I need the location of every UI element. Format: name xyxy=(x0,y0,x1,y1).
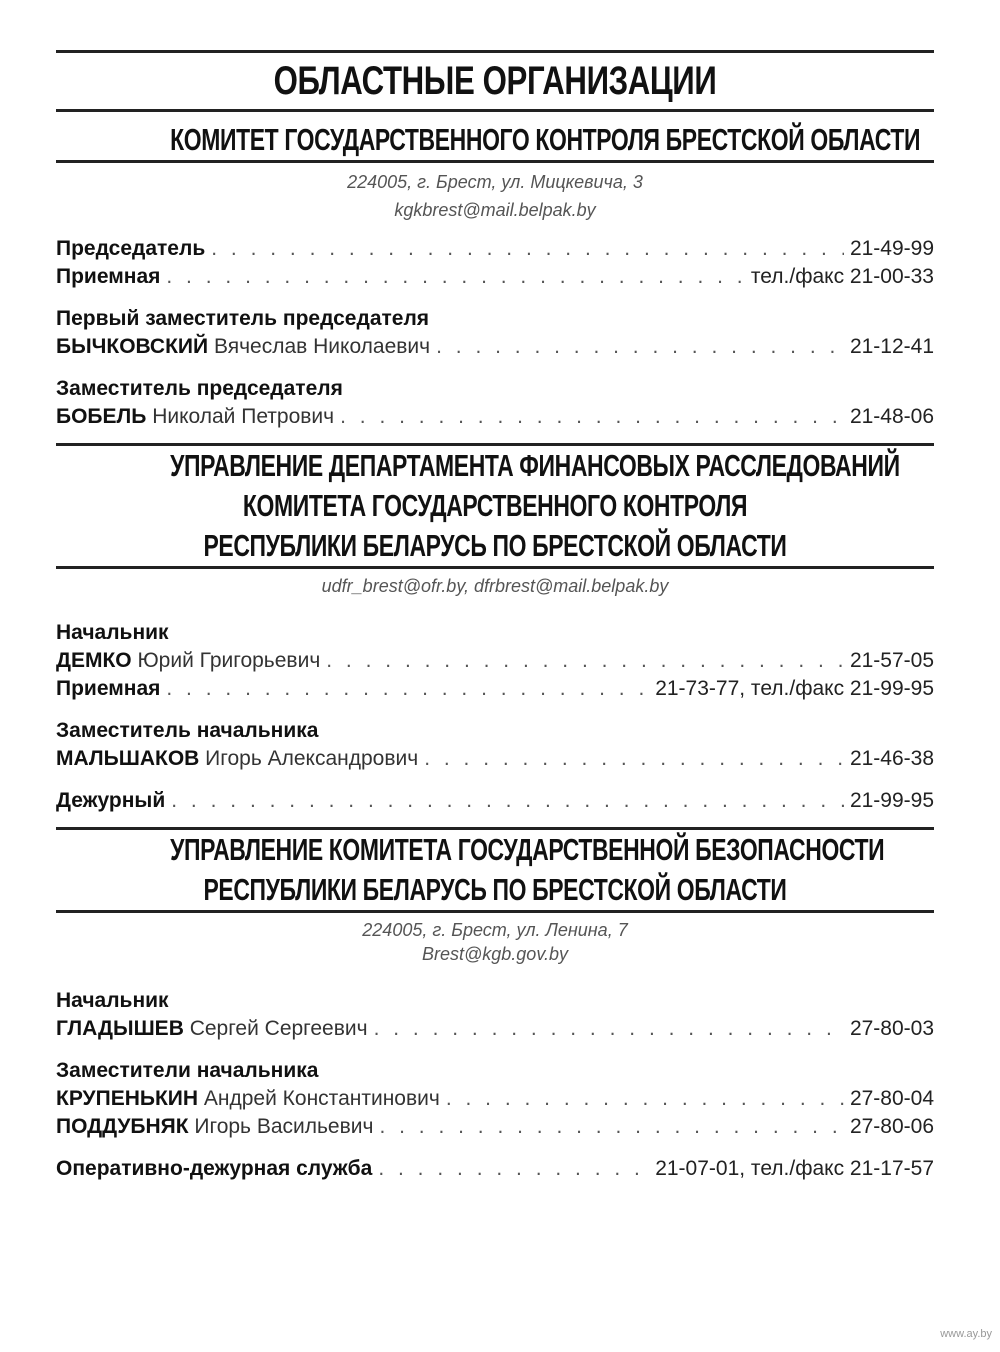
contact-label: БОБЕЛЬ xyxy=(56,403,146,431)
position-title: Заместитель начальника xyxy=(56,717,934,745)
position-title: Начальник xyxy=(56,987,934,1015)
contact-name: Андрей Константинович xyxy=(198,1085,440,1113)
contact-label: Оперативно-дежурная служба xyxy=(56,1155,372,1183)
contact-row: Оперативно-дежурная служба21-07-01, тел.… xyxy=(56,1155,934,1183)
contact-row: Приемнаятел./факс 21-00-33 xyxy=(56,263,934,291)
contact-phone: тел./факс 21-00-33 xyxy=(751,263,934,291)
section-email: udfr_brest@ofr.by, dfrbrest@mail.belpak.… xyxy=(56,575,934,597)
position-title: Заместители начальника xyxy=(56,1057,934,1085)
contact-row: ПОДДУБНЯК Игорь Васильевич27-80-06 xyxy=(56,1113,934,1141)
leader-dots xyxy=(211,235,844,263)
contact-phone: 21-73-77, тел./факс 21-99-95 xyxy=(655,675,934,703)
section-heading: КОМИТЕТА ГОСУДАРСТВЕННОГО КОНТРОЛЯ xyxy=(170,486,820,526)
contact-phone: 21-46-38 xyxy=(850,745,934,773)
contact-phone: 21-99-95 xyxy=(850,787,934,815)
org-section: УПРАВЛЕНИЕ ДЕПАРТАМЕНТА ФИНАНСОВЫХ РАССЛ… xyxy=(56,431,934,815)
leader-dots xyxy=(171,787,844,815)
contact-name: Игорь Александрович xyxy=(199,745,418,773)
section-address: 224005, г. Брест, ул. Мицкевича, 3 xyxy=(56,171,934,193)
contact-row: БЫЧКОВСКИЙ Вячеслав Николаевич21-12-41 xyxy=(56,333,934,361)
leader-dots xyxy=(446,1085,844,1113)
contact-phone: 27-80-04 xyxy=(850,1085,934,1113)
section-heading: КОМИТЕТ ГОСУДАРСТВЕННОГО КОНТРОЛЯ БРЕСТС… xyxy=(170,120,820,160)
page-title: ОБЛАСТНЫЕ ОРГАНИЗАЦИИ xyxy=(153,53,838,109)
leader-dots xyxy=(424,745,844,773)
position-title: Начальник xyxy=(56,619,934,647)
contact-row: ГЛАДЫШЕВ Сергей Сергеевич27-80-03 xyxy=(56,1015,934,1043)
contact-name: Игорь Васильевич xyxy=(189,1113,374,1141)
leader-dots xyxy=(166,263,745,291)
contact-phone: 21-57-05 xyxy=(850,647,934,675)
section-heading: РЕСПУБЛИКИ БЕЛАРУСЬ ПО БРЕСТСКОЙ ОБЛАСТИ xyxy=(170,526,820,566)
contact-label: ДЕМКО xyxy=(56,647,132,675)
contact-label: Приемная xyxy=(56,263,160,291)
contact-label: КРУПЕНЬКИН xyxy=(56,1085,198,1113)
org-section: КОМИТЕТ ГОСУДАРСТВЕННОГО КОНТРОЛЯ БРЕСТС… xyxy=(56,112,934,431)
leader-dots xyxy=(166,675,649,703)
contact-phone: 21-48-06 xyxy=(850,403,934,431)
contact-label: МАЛЬШАКОВ xyxy=(56,745,199,773)
position-title: Первый заместитель председателя xyxy=(56,305,934,333)
contact-row: КРУПЕНЬКИН Андрей Константинович27-80-04 xyxy=(56,1085,934,1113)
contact-name: Николай Петрович xyxy=(146,403,334,431)
contact-row: МАЛЬШАКОВ Игорь Александрович21-46-38 xyxy=(56,745,934,773)
section-heading: РЕСПУБЛИКИ БЕЛАРУСЬ ПО БРЕСТСКОЙ ОБЛАСТИ xyxy=(170,870,820,910)
leader-dots xyxy=(340,403,844,431)
section-address: 224005, г. Брест, ул. Ленина, 7 xyxy=(56,919,934,941)
contact-phone: 27-80-06 xyxy=(850,1113,934,1141)
leader-dots xyxy=(326,647,844,675)
directory-page: ОБЛАСТНЫЕ ОРГАНИЗАЦИИ КОМИТЕТ ГОСУДАРСТВ… xyxy=(56,0,934,1183)
contact-row: БОБЕЛЬ Николай Петрович21-48-06 xyxy=(56,403,934,431)
contact-phone: 21-49-99 xyxy=(850,235,934,263)
sections: КОМИТЕТ ГОСУДАРСТВЕННОГО КОНТРОЛЯ БРЕСТС… xyxy=(56,112,934,1183)
leader-dots xyxy=(379,1113,843,1141)
contact-phone: 21-07-01, тел./факс 21-17-57 xyxy=(655,1155,934,1183)
org-section: УПРАВЛЕНИЕ КОМИТЕТА ГОСУДАРСТВЕННОЙ БЕЗО… xyxy=(56,815,934,1183)
leader-dots xyxy=(374,1015,844,1043)
watermark: www.ay.by xyxy=(940,1328,992,1340)
position-title: Заместитель председателя xyxy=(56,375,934,403)
section-email: kgkbrest@mail.belpak.by xyxy=(56,199,934,221)
contact-name: Юрий Григорьевич xyxy=(132,647,321,675)
contact-row: Председатель21-49-99 xyxy=(56,235,934,263)
contact-name: Вячеслав Николаевич xyxy=(208,333,430,361)
contact-phone: 27-80-03 xyxy=(850,1015,934,1043)
leader-dots xyxy=(436,333,844,361)
section-heading: УПРАВЛЕНИЕ КОМИТЕТА ГОСУДАРСТВЕННОЙ БЕЗО… xyxy=(170,830,820,870)
section-email: Brest@kgb.gov.by xyxy=(56,943,934,965)
contact-label: Дежурный xyxy=(56,787,165,815)
contact-row: ДЕМКО Юрий Григорьевич21-57-05 xyxy=(56,647,934,675)
contact-label: Приемная xyxy=(56,675,160,703)
leader-dots xyxy=(378,1155,649,1183)
contact-label: БЫЧКОВСКИЙ xyxy=(56,333,208,361)
contact-row: Дежурный21-99-95 xyxy=(56,787,934,815)
contact-label: ПОДДУБНЯК xyxy=(56,1113,189,1141)
contact-label: Председатель xyxy=(56,235,205,263)
section-heading: УПРАВЛЕНИЕ ДЕПАРТАМЕНТА ФИНАНСОВЫХ РАССЛ… xyxy=(170,446,820,486)
contact-name: Сергей Сергеевич xyxy=(184,1015,368,1043)
contact-row: Приемная21-73-77, тел./факс 21-99-95 xyxy=(56,675,934,703)
contact-label: ГЛАДЫШЕВ xyxy=(56,1015,184,1043)
contact-phone: 21-12-41 xyxy=(850,333,934,361)
